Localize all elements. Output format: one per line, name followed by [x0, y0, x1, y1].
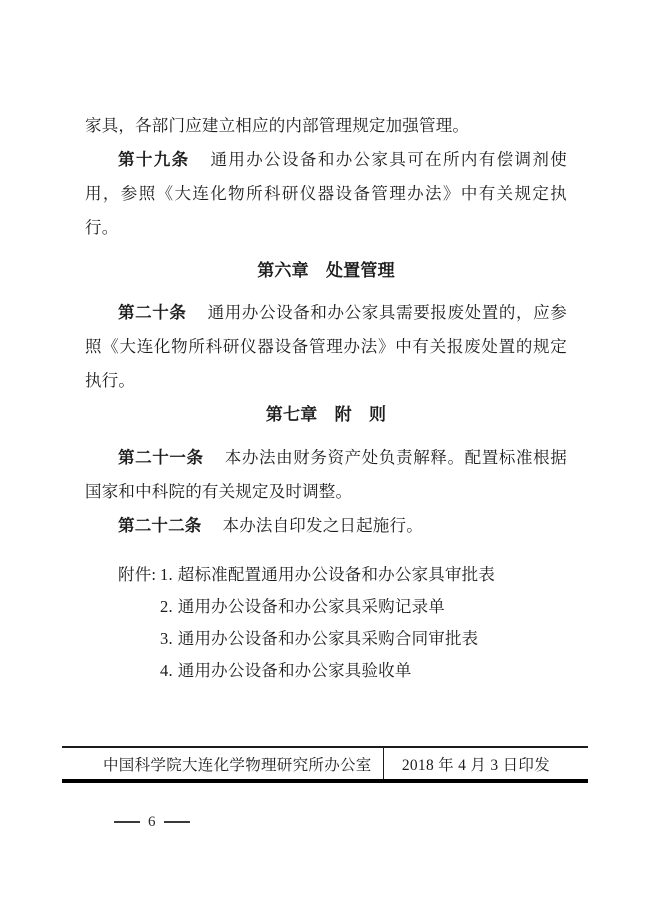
page-number-dash [164, 821, 190, 823]
page-number: 6 [106, 812, 198, 832]
attachments-list: 附件: 1. 超标准配置通用办公设备和办公家具审批表 2. 通用办公设备和办公家… [118, 559, 567, 687]
issuing-office: 中国科学院大连化学物理研究所办公室 [103, 753, 372, 775]
attachment-number: 2. [160, 591, 173, 623]
attachment-title: 通用办公设备和办公家具验收单 [178, 655, 412, 687]
attachment-number: 1. [160, 559, 173, 591]
attachment-number: 3. [160, 623, 173, 655]
print-date: 2018 年 4 月 3 日印发 [402, 753, 550, 775]
attachment-title: 通用办公设备和办公家具采购合同审批表 [178, 623, 479, 655]
attachment-title: 通用办公设备和办公家具采购记录单 [178, 591, 445, 623]
attachment-title: 超标准配置通用办公设备和办公家具审批表 [178, 559, 495, 591]
article-19-term: 第十九条 [118, 150, 190, 169]
attachment-item: 4. 通用办公设备和办公家具验收单 [118, 655, 567, 687]
colophon-divider-line [383, 748, 384, 779]
article-21-term: 第二十一条 [118, 448, 204, 467]
colophon-footer: 中国科学院大连化学物理研究所办公室 2018 年 4 月 3 日印发 [62, 746, 588, 783]
article-21: 第二十一条本办法由财务资产处负责解释。配置标准根据国家和中科院的有关规定及时调整… [85, 441, 567, 509]
article-22-term: 第二十二条 [118, 516, 202, 535]
page-number-value: 6 [148, 814, 156, 831]
article-22-text: 本办法自印发之日起施行。 [223, 516, 423, 535]
colophon-row: 中国科学院大连化学物理研究所办公室 2018 年 4 月 3 日印发 [62, 748, 588, 779]
document-body: 家具，各部门应建立相应的内部管理规定加强管理。 第十九条通用办公设备和办公家具可… [85, 109, 567, 687]
page-number-dash [114, 821, 140, 823]
article-20: 第二十条通用办公设备和办公家具需要报废处置的，应参照《大连化物所科研仪器设备管理… [85, 296, 567, 398]
attachments-label: 附件: [118, 559, 160, 591]
attachment-item: 3. 通用办公设备和办公家具采购合同审批表 [118, 623, 567, 655]
article-20-term: 第二十条 [118, 303, 187, 322]
attachment-item: 附件: 1. 超标准配置通用办公设备和办公家具审批表 [118, 559, 567, 591]
article-22: 第二十二条本办法自印发之日起施行。 [85, 509, 567, 543]
attachment-number: 4. [160, 655, 173, 687]
chapter-7-heading: 第七章 附 则 [85, 398, 567, 432]
article-19: 第十九条通用办公设备和办公家具可在所内有偿调剂使用，参照《大连化物所科研仪器设备… [85, 143, 567, 245]
attachment-item: 2. 通用办公设备和办公家具采购记录单 [118, 591, 567, 623]
chapter-6-heading: 第六章 处置管理 [85, 254, 567, 288]
document-page: 家具，各部门应建立相应的内部管理规定加强管理。 第十九条通用办公设备和办公家具可… [0, 0, 650, 919]
paragraph-continuation: 家具，各部门应建立相应的内部管理规定加强管理。 [85, 109, 567, 143]
